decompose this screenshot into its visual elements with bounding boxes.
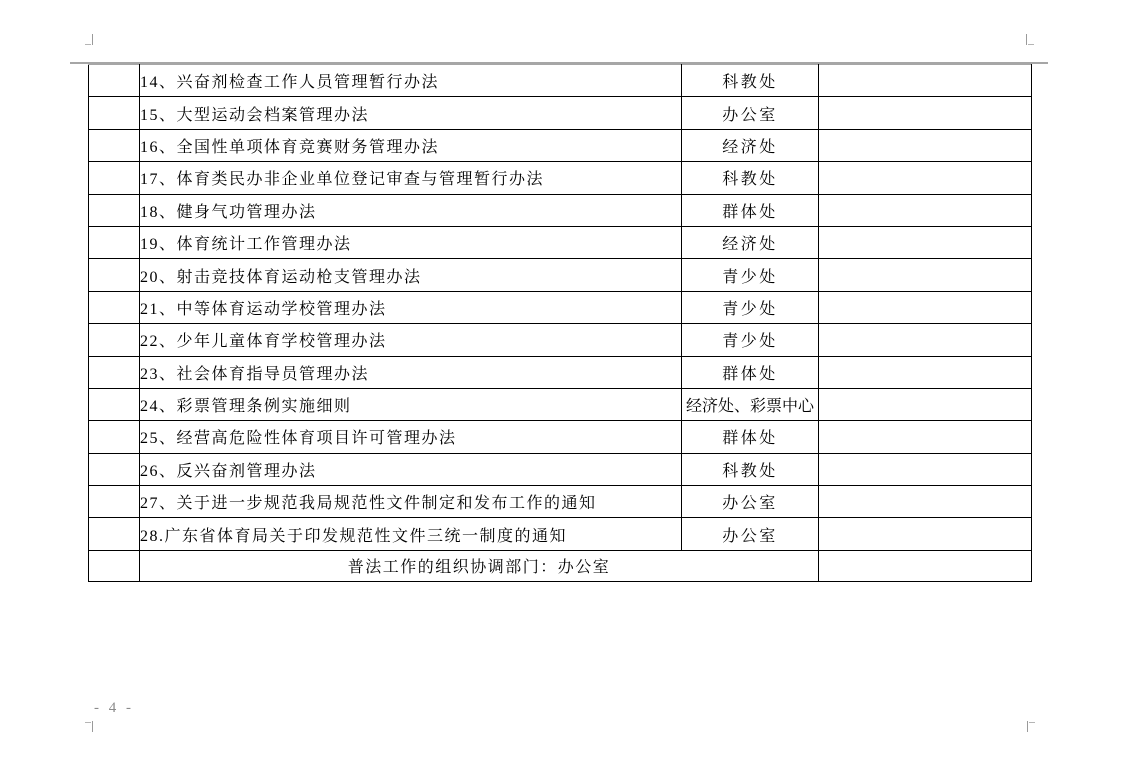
- row-blank-cell: [819, 453, 1032, 485]
- responsible-dept: 群体处: [682, 356, 819, 388]
- row-blank-cell: [819, 226, 1032, 258]
- footer-row: 普法工作的组织协调部门：办公室: [89, 550, 1032, 581]
- table-row: 15、大型运动会档案管理办法办公室: [89, 97, 1032, 129]
- row-blank-cell: [819, 388, 1032, 420]
- responsible-dept: 青少处: [682, 291, 819, 323]
- row-blank-cell: [819, 65, 1032, 97]
- crop-mark-top-left-icon: [85, 44, 91, 45]
- regulation-title: 16、全国性单项体育竞赛财务管理办法: [140, 129, 682, 161]
- row-left-cell: [89, 226, 140, 258]
- regulation-title: 25、经营高危险性体育项目许可管理办法: [140, 421, 682, 453]
- responsible-dept: 科教处: [682, 65, 819, 97]
- table-row: 19、体育统计工作管理办法经济处: [89, 226, 1032, 258]
- regulation-title: 17、体育类民办非企业单位登记审查与管理暂行办法: [140, 162, 682, 194]
- regulation-title: 26、反兴奋剂管理办法: [140, 453, 682, 485]
- row-left-cell: [89, 97, 140, 129]
- coordination-note: 普法工作的组织协调部门：办公室: [140, 550, 819, 581]
- document-page: 14、兴奋剂检查工作人员管理暂行办法科教处15、大型运动会档案管理办法办公室16…: [0, 0, 1122, 775]
- row-left-cell: [89, 324, 140, 356]
- row-left-cell: [89, 453, 140, 485]
- table-row: 21、中等体育运动学校管理办法青少处: [89, 291, 1032, 323]
- row-left-cell: [89, 259, 140, 291]
- responsible-dept: 经济处: [682, 226, 819, 258]
- row-blank-cell: [819, 259, 1032, 291]
- regulation-rows: 14、兴奋剂检查工作人员管理暂行办法科教处15、大型运动会档案管理办法办公室16…: [89, 65, 1032, 551]
- row-left-cell: [89, 194, 140, 226]
- row-blank-cell: [819, 324, 1032, 356]
- table-row: 18、健身气功管理办法群体处: [89, 194, 1032, 226]
- row-left-cell: [89, 421, 140, 453]
- row-blank-cell: [819, 486, 1032, 518]
- table-row: 23、社会体育指导员管理办法群体处: [89, 356, 1032, 388]
- crop-mark-top-right-icon: [1026, 34, 1027, 45]
- row-left-cell: [89, 291, 140, 323]
- responsible-dept: 群体处: [682, 194, 819, 226]
- table-row: 20、射击竞技体育运动枪支管理办法青少处: [89, 259, 1032, 291]
- crop-mark-top-left-icon: [92, 34, 93, 45]
- regulation-title: 27、关于进一步规范我局规范性文件制定和发布工作的通知: [140, 486, 682, 518]
- table-row: 25、经营高危险性体育项目许可管理办法群体处: [89, 421, 1032, 453]
- regulation-title: 23、社会体育指导员管理办法: [140, 356, 682, 388]
- table-row: 24、彩票管理条例实施细则经济处、彩票中心: [89, 388, 1032, 420]
- responsible-dept: 群体处: [682, 421, 819, 453]
- regulation-title: 24、彩票管理条例实施细则: [140, 388, 682, 420]
- row-left-cell: [89, 486, 140, 518]
- crop-mark-bottom-right-icon: [1027, 721, 1028, 732]
- regulation-title: 21、中等体育运动学校管理办法: [140, 291, 682, 323]
- regulation-title: 14、兴奋剂检查工作人员管理暂行办法: [140, 65, 682, 97]
- responsible-dept: 青少处: [682, 324, 819, 356]
- page-number: - 4 -: [94, 700, 134, 717]
- table-row: 27、关于进一步规范我局规范性文件制定和发布工作的通知办公室: [89, 486, 1032, 518]
- crop-mark-bottom-left-icon: [92, 721, 93, 732]
- row-left-cell: [89, 65, 140, 97]
- row-blank-cell: [819, 129, 1032, 161]
- crop-mark-top-right-icon: [1028, 44, 1034, 45]
- responsible-dept: 经济处: [682, 129, 819, 161]
- responsible-dept: 办公室: [682, 97, 819, 129]
- regulation-title: 18、健身气功管理办法: [140, 194, 682, 226]
- row-left-cell: [89, 129, 140, 161]
- row-blank-cell: [819, 291, 1032, 323]
- regulation-title: 20、射击竞技体育运动枪支管理办法: [140, 259, 682, 291]
- table-row: 26、反兴奋剂管理办法科教处: [89, 453, 1032, 485]
- responsible-dept: 青少处: [682, 259, 819, 291]
- footer-blank-cell: [819, 550, 1032, 581]
- regulation-title: 19、体育统计工作管理办法: [140, 226, 682, 258]
- responsible-dept: 办公室: [682, 486, 819, 518]
- row-blank-cell: [819, 518, 1032, 550]
- row-blank-cell: [819, 194, 1032, 226]
- row-blank-cell: [819, 162, 1032, 194]
- table-row: 28.广东省体育局关于印发规范性文件三统一制度的通知办公室: [89, 518, 1032, 550]
- row-blank-cell: [819, 356, 1032, 388]
- responsible-dept: 经济处、彩票中心: [682, 388, 819, 420]
- row-left-cell: [89, 388, 140, 420]
- footer-left-cell: [89, 550, 140, 581]
- responsible-dept: 科教处: [682, 162, 819, 194]
- responsible-dept: 科教处: [682, 453, 819, 485]
- regulations-table: 14、兴奋剂检查工作人员管理暂行办法科教处15、大型运动会档案管理办法办公室16…: [88, 64, 1032, 582]
- table-row: 17、体育类民办非企业单位登记审查与管理暂行办法科教处: [89, 162, 1032, 194]
- table-row: 14、兴奋剂检查工作人员管理暂行办法科教处: [89, 65, 1032, 97]
- responsible-dept: 办公室: [682, 518, 819, 550]
- regulation-title: 15、大型运动会档案管理办法: [140, 97, 682, 129]
- row-left-cell: [89, 518, 140, 550]
- crop-mark-bottom-left-icon: [85, 722, 91, 723]
- regulation-title: 28.广东省体育局关于印发规范性文件三统一制度的通知: [140, 518, 682, 550]
- table-row: 22、少年儿童体育学校管理办法青少处: [89, 324, 1032, 356]
- row-blank-cell: [819, 97, 1032, 129]
- row-left-cell: [89, 356, 140, 388]
- row-left-cell: [89, 162, 140, 194]
- table-row: 16、全国性单项体育竞赛财务管理办法经济处: [89, 129, 1032, 161]
- crop-mark-bottom-right-icon: [1029, 722, 1035, 723]
- regulation-title: 22、少年儿童体育学校管理办法: [140, 324, 682, 356]
- row-blank-cell: [819, 421, 1032, 453]
